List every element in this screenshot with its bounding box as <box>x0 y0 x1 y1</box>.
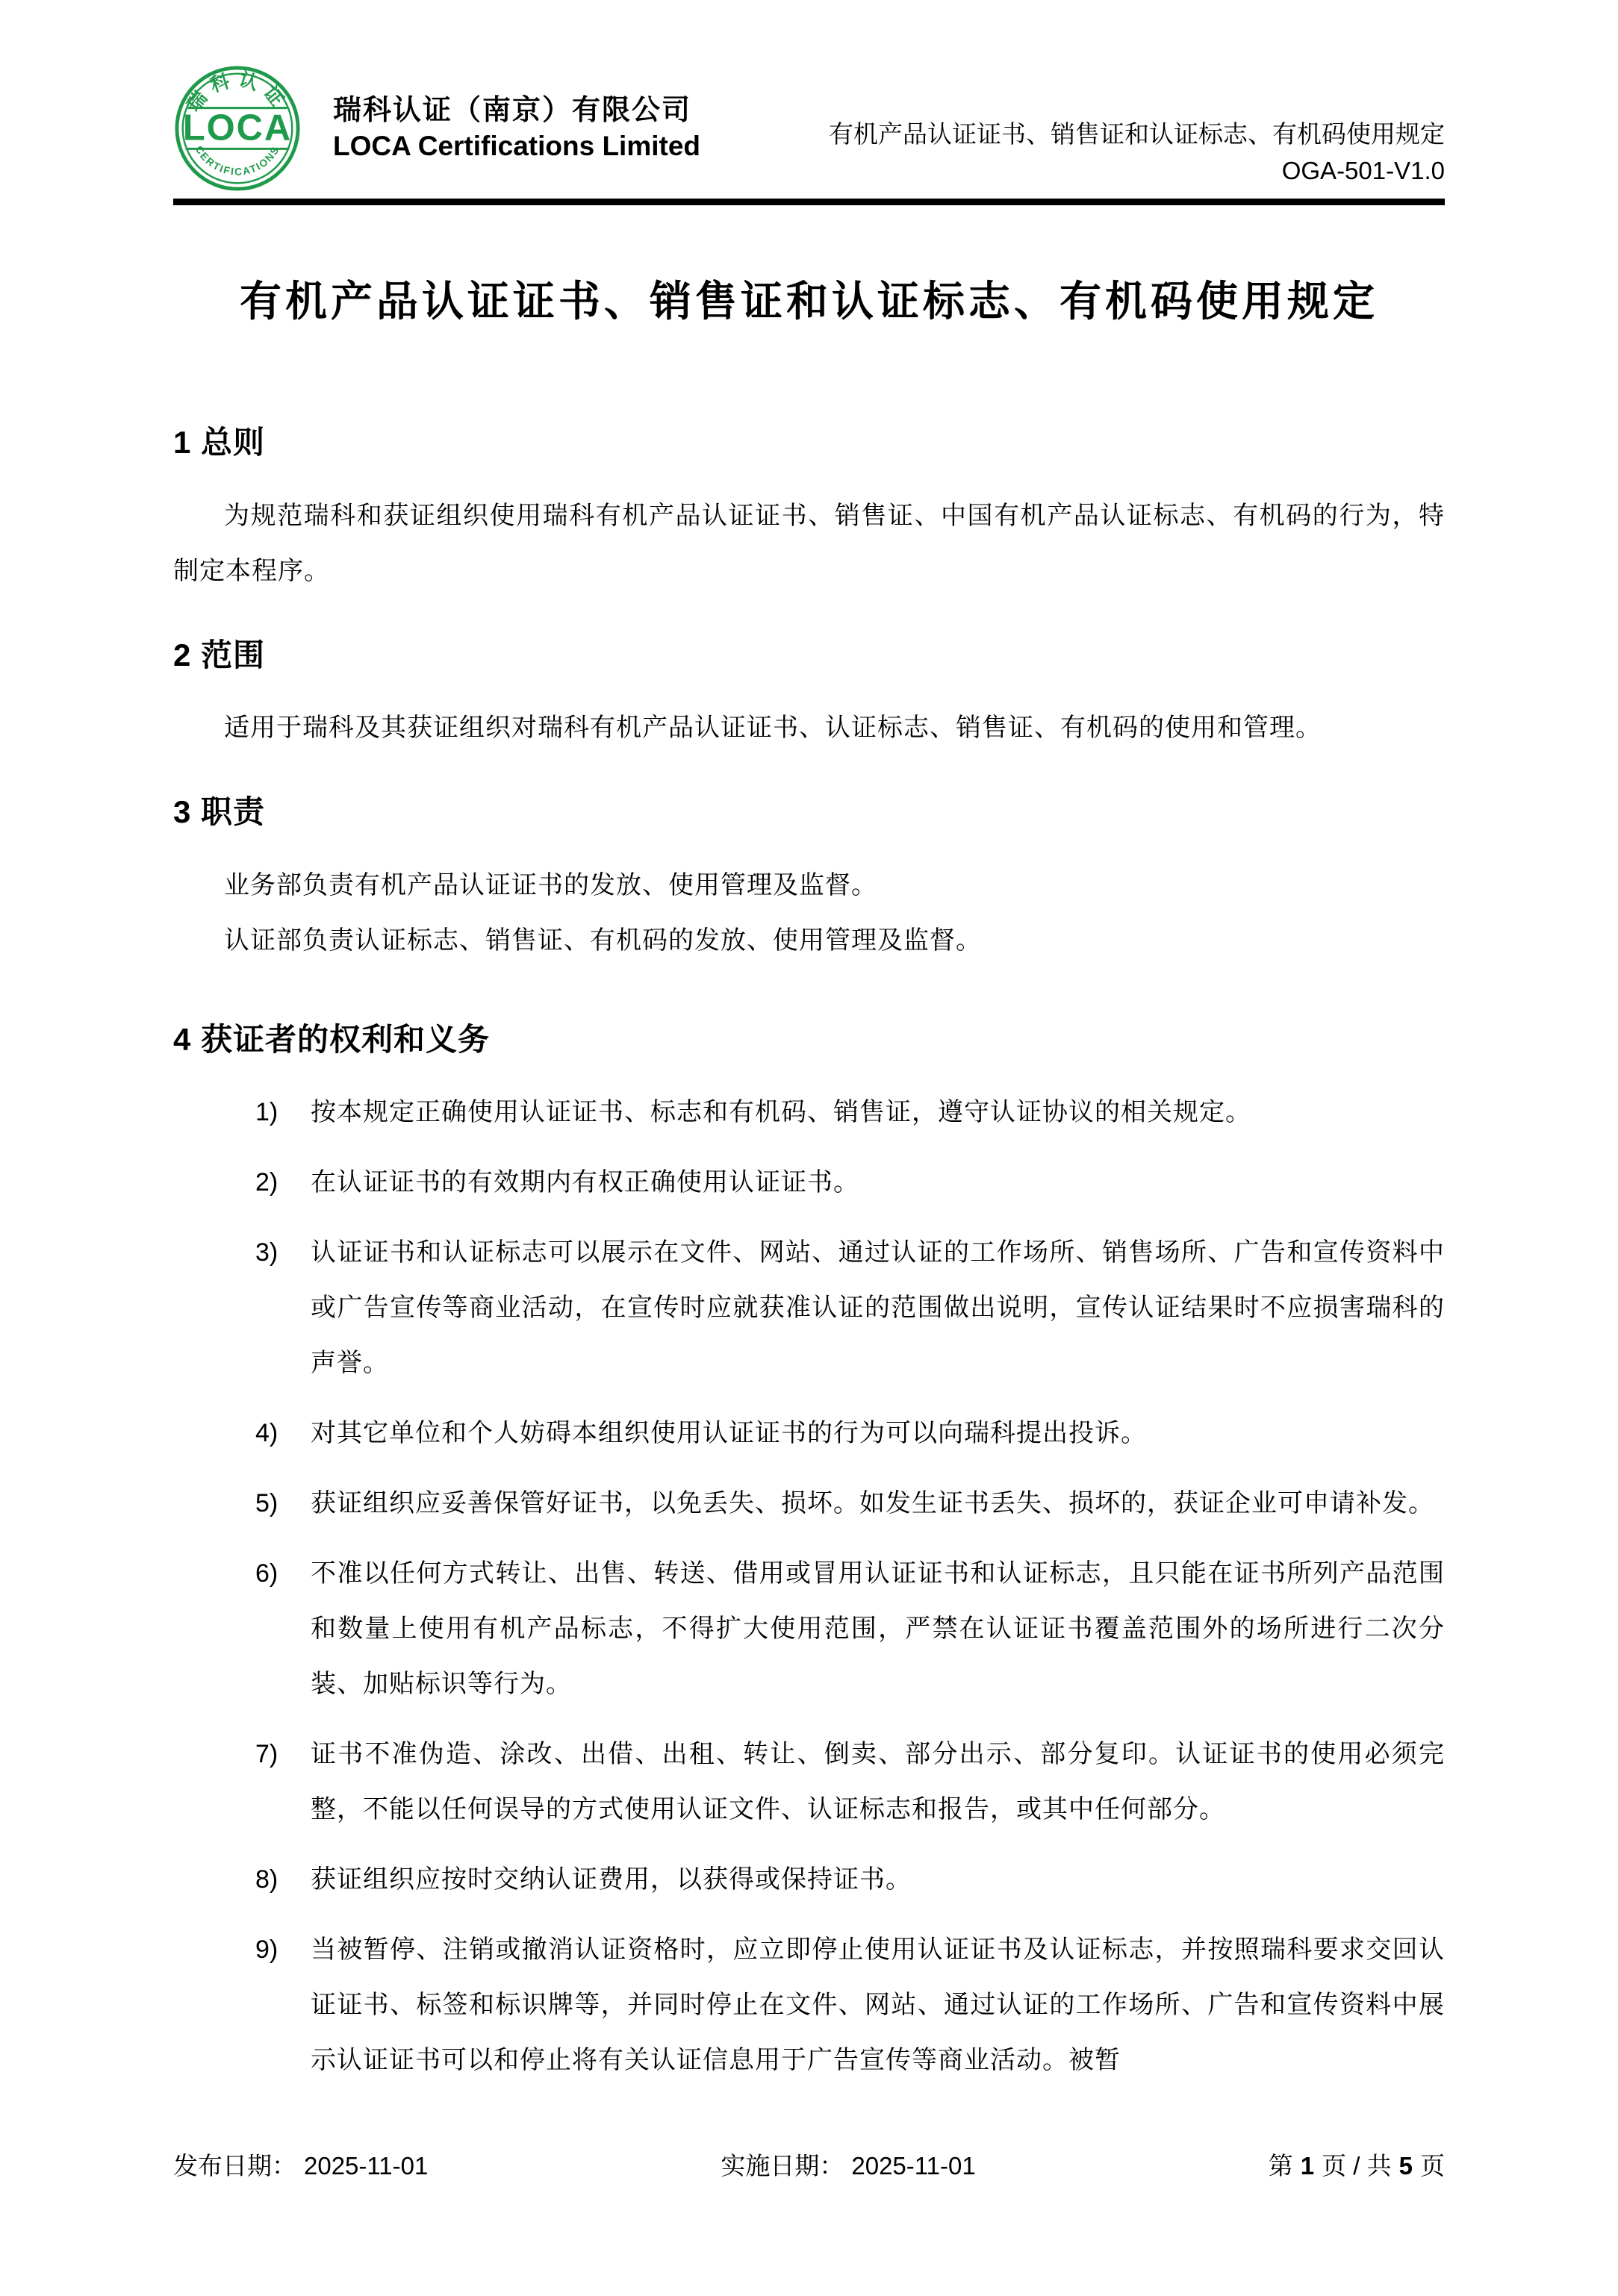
list-item: 4) 对其它单位和个人妨碍本组织使用认证证书的行为可以向瑞科提出投诉。 <box>255 1406 1445 1461</box>
page-suffix: 页 <box>1420 2152 1445 2180</box>
section-2-heading: 2 范围 <box>173 636 1445 676</box>
list-item: 2) 在认证证书的有效期内有权正确使用认证证书。 <box>255 1155 1445 1210</box>
list-item: 7) 证书不准伪造、涂改、出借、出租、转让、倒卖、部分出示、部分复印。认证证书的… <box>255 1726 1445 1837</box>
page-current: 1 <box>1301 2152 1314 2180</box>
list-item-text: 不准以任何方式转让、出售、转送、借用或冒用认证证书和认证标志，且只能在证书所列产… <box>311 1546 1445 1712</box>
list-item-number: 4) <box>255 1406 311 1461</box>
list-item: 5) 获证组织应妥善保管好证书，以免丢失、损坏。如发生证书丢失、损坏的，获证企业… <box>255 1476 1445 1531</box>
list-item-number: 3) <box>255 1225 311 1391</box>
section-1-heading: 1 总则 <box>173 423 1445 463</box>
list-item-number: 7) <box>255 1726 311 1837</box>
list-item: 1) 按本规定正确使用认证证书、标志和有机码、销售证，遵守认证协议的相关规定。 <box>255 1085 1445 1140</box>
footer-page-indicator: 第1页 / 共5页 <box>1269 2147 1445 2182</box>
section-1-paragraph: 为规范瑞科和获证组织使用瑞科有机产品认证证书、销售证、中国有机产品认证标志、有机… <box>173 488 1445 599</box>
list-item-text: 证书不准伪造、涂改、出借、出租、转让、倒卖、部分出示、部分复印。认证证书的使用必… <box>311 1726 1445 1837</box>
section-4-heading: 4 获证者的权利和义务 <box>173 1020 1445 1060</box>
loca-logo-icon: 瑞科认证 LOCA CERTIFICATIONS <box>173 64 302 193</box>
company-name-zh: 瑞科认证（南京）有限公司 <box>333 93 700 129</box>
logo-center-text: LOCA <box>183 108 292 149</box>
issue-date-label: 发布日期： <box>173 2152 296 2180</box>
header-doc-code: OGA-501-V1.0 <box>829 153 1445 190</box>
footer-implementation-date: 实施日期：2025-11-01 <box>721 2147 975 2182</box>
section-2-paragraph: 适用于瑞科及其获证组织对瑞科有机产品认证证书、认证标志、销售证、有机码的使用和管… <box>173 700 1445 755</box>
list-item-number: 5) <box>255 1476 311 1531</box>
issue-date-value: 2025-11-01 <box>304 2152 428 2180</box>
list-item-text: 获证组织应按时交纳认证费用，以获得或保持证书。 <box>311 1852 1445 1907</box>
list-item-number: 6) <box>255 1546 311 1712</box>
document-page: 瑞科认证 LOCA CERTIFICATIONS 瑞科认证（南京）有限公司 LO… <box>0 0 1618 2296</box>
list-item-text: 获证组织应妥善保管好证书，以免丢失、损坏。如发生证书丢失、损坏的，获证企业可申请… <box>311 1476 1445 1531</box>
section-3-paragraph-2: 认证部负责认证标志、销售证、有机码的发放、使用管理及监督。 <box>173 913 1445 968</box>
section-3-paragraph-1: 业务部负责有机产品认证证书的发放、使用管理及监督。 <box>173 858 1445 913</box>
page-prefix: 第 <box>1269 2152 1293 2180</box>
list-item-number: 9) <box>255 1922 311 2088</box>
list-item-text: 在认证证书的有效期内有权正确使用认证证书。 <box>311 1155 1445 1210</box>
list-item-text: 对其它单位和个人妨碍本组织使用认证证书的行为可以向瑞科提出投诉。 <box>311 1406 1445 1461</box>
section-4-list: 1) 按本规定正确使用认证证书、标志和有机码、销售证，遵守认证协议的相关规定。 … <box>173 1085 1445 2088</box>
list-item-number: 1) <box>255 1085 311 1140</box>
section-3-heading: 3 职责 <box>173 793 1445 832</box>
list-item-number: 2) <box>255 1155 311 1210</box>
page-footer: 发布日期：2025-11-01 实施日期：2025-11-01 第1页 / 共5… <box>173 2147 1445 2182</box>
list-item-text: 当被暂停、注销或撤消认证资格时，应立即停止使用认证证书及认证标志，并按照瑞科要求… <box>311 1922 1445 2088</box>
list-item: 3) 认证证书和认证标志可以展示在文件、网站、通过认证的工作场所、销售场所、广告… <box>255 1225 1445 1391</box>
list-item: 9) 当被暂停、注销或撤消认证资格时，应立即停止使用认证证书及认证标志，并按照瑞… <box>255 1922 1445 2088</box>
header-doc-info: 有机产品认证证书、销售证和认证标志、有机码使用规定 OGA-501-V1.0 <box>829 116 1445 193</box>
list-item-text: 认证证书和认证标志可以展示在文件、网站、通过认证的工作场所、销售场所、广告和宣传… <box>311 1225 1445 1391</box>
list-item: 6) 不准以任何方式转让、出售、转送、借用或冒用认证证书和认证标志，且只能在证书… <box>255 1546 1445 1712</box>
header-doc-title: 有机产品认证证书、销售证和认证标志、有机码使用规定 <box>829 116 1445 153</box>
page-header: 瑞科认证 LOCA CERTIFICATIONS 瑞科认证（南京）有限公司 LO… <box>173 0 1445 193</box>
header-brand: 瑞科认证 LOCA CERTIFICATIONS 瑞科认证（南京）有限公司 LO… <box>173 64 700 193</box>
implementation-date-value: 2025-11-01 <box>851 2152 975 2180</box>
page-mid: 页 / 共 <box>1322 2152 1392 2180</box>
list-item-text: 按本规定正确使用认证证书、标志和有机码、销售证，遵守认证协议的相关规定。 <box>311 1085 1445 1140</box>
document-title: 有机产品认证证书、销售证和认证标志、有机码使用规定 <box>173 275 1445 328</box>
page-total: 5 <box>1399 2152 1413 2180</box>
list-item-number: 8) <box>255 1852 311 1907</box>
header-divider <box>173 199 1445 205</box>
footer-issue-date: 发布日期：2025-11-01 <box>173 2147 428 2182</box>
list-item: 8) 获证组织应按时交纳认证费用，以获得或保持证书。 <box>255 1852 1445 1907</box>
company-name-en: LOCA Certifications Limited <box>333 129 700 163</box>
implementation-date-label: 实施日期： <box>721 2152 844 2180</box>
company-names: 瑞科认证（南京）有限公司 LOCA Certifications Limited <box>333 93 700 163</box>
